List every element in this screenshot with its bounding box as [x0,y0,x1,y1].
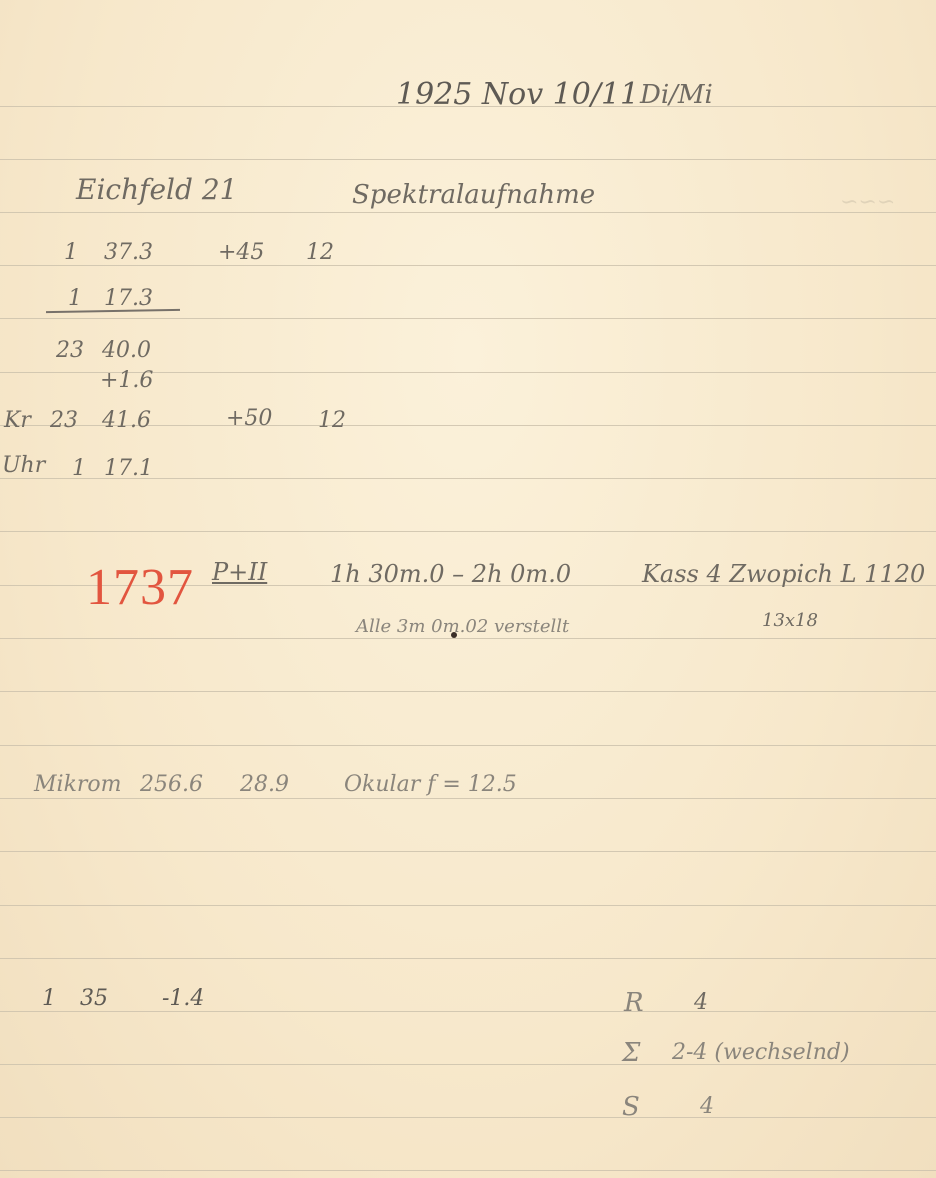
ruled-line [0,691,936,692]
ruled-line [0,212,936,213]
entry-correction: -1.4 [162,988,204,1010]
ruled-line [0,638,936,639]
calc-value: 37.3 [104,242,153,264]
ruled-line [0,265,936,266]
sum-underline [46,309,180,313]
ruled-line [0,1170,936,1171]
calc-hour: 1 [68,288,82,310]
calc-declination: +45 [218,242,264,264]
calc-hour: 23 [56,340,84,362]
calc-hour: 1 [64,242,78,264]
quality-symbol: Σ [622,1040,640,1066]
ruled-line [0,1117,936,1118]
notebook-page: ~~~ 1925 Nov 10/11 Di/Mi Eichfeld 21 Spe… [0,0,936,1178]
quality-symbol: S [622,1094,640,1120]
entry-hour: 1 [42,988,56,1010]
plate-camera: Kass 4 Zwopich L 1120 [642,562,925,586]
calc-minutes: 12 [306,242,334,264]
calc-declination: +50 [226,408,272,430]
entry-minutes: 35 [80,988,108,1010]
calc-prefix: Kr [4,410,31,432]
calc-value: 17.1 [104,458,153,480]
ruled-line [0,1011,936,1012]
ruled-line [0,851,936,852]
quality-symbol: R [624,990,644,1016]
bleed-through: ~~~ [840,190,895,215]
calc-hour: 1 [72,458,86,480]
calc-value: +1.6 [100,370,153,392]
ruled-line [0,318,936,319]
calc-value: 17.3 [104,288,153,310]
plate-exposure-note: Alle 3m 0m.02 verstellt [356,618,569,636]
plate-size: 13x18 [762,612,818,630]
ocular-focal: Okular f = 12.5 [344,774,517,796]
object-name: Eichfeld 21 [76,176,237,204]
plate-number: 1737 [86,562,194,614]
header-weekday: Di/Mi [640,82,713,108]
calc-prefix: Uhr [2,455,45,477]
calc-minutes: 12 [318,410,346,432]
plate-prism: P+II [212,560,267,584]
ruled-line [0,159,936,160]
ruled-line [0,745,936,746]
micrometer-value-1: 256.6 [140,774,203,796]
calc-value: 40.0 [102,340,151,362]
quality-value: 4 [694,992,708,1014]
object-note: Spektralaufnahme [352,182,595,208]
ruled-line [0,798,936,799]
quality-value: 2-4 (wechselnd) [672,1042,850,1064]
plate-time-range: 1h 30m.0 – 2h 0m.0 [330,562,571,586]
ink-dot [451,632,457,638]
micrometer-value-2: 28.9 [240,774,289,796]
ruled-line [0,958,936,959]
ruled-line [0,531,936,532]
header-date: 1925 Nov 10/11 [396,80,639,110]
calc-value: 41.6 [102,410,151,432]
quality-value: 4 [700,1096,714,1118]
calc-hour: 23 [50,410,78,432]
micrometer-label: Mikrom [34,774,122,796]
ruled-line [0,905,936,906]
